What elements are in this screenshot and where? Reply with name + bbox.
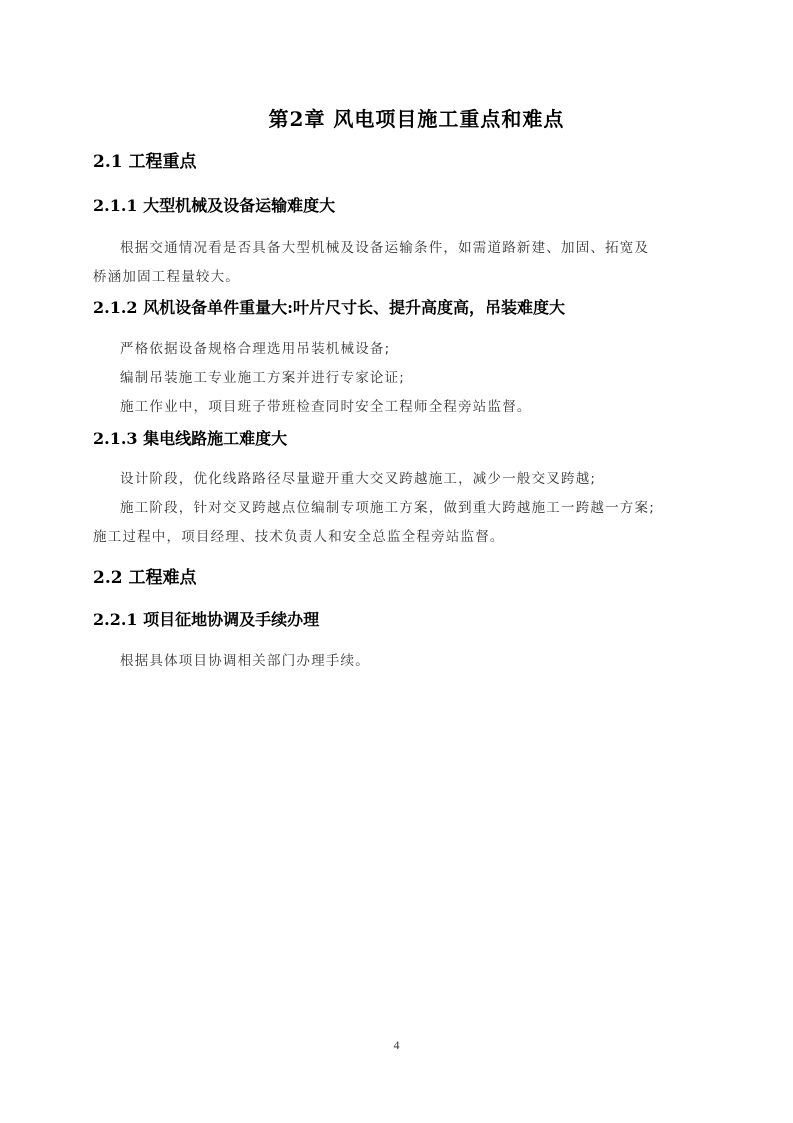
paragraph: 根据交通情况看是否具备大型机械及设备运输条件，如需道路新建、加固、拓宽及: [93, 236, 705, 256]
document-page: 第2章 风电项目施工重点和难点 2.1 工程重点 2.1.1 大型机械及设备运输…: [0, 0, 793, 1123]
paragraph: 施工阶段，针对交叉跨越点位编制专项施工方案，做到重大跨越施工一跨越一方案;: [93, 496, 705, 516]
page-number: 4: [0, 1038, 793, 1053]
chapter-title: 第2章 风电项目施工重点和难点: [0, 103, 793, 132]
paragraph: 编制吊装施工专业施工方案并进行专家论证;: [93, 366, 705, 386]
section-heading-2-2: 2.2 工程难点: [93, 563, 197, 588]
subsection-heading-2-1-2: 2.1.2 风机设备单件重量大:叶片尺寸长、提升高度高，吊装难度大: [93, 295, 565, 318]
paragraph: 根据具体项目协调相关部门办理手续。: [93, 649, 705, 669]
paragraph: 严格依据设备规格合理选用吊装机械设备;: [93, 337, 705, 357]
paragraph: 施工作业中，项目班子带班检查同时安全工程师全程旁站监督。: [93, 395, 705, 415]
subsection-heading-2-2-1: 2.2.1 项目征地协调及手续办理: [93, 607, 319, 630]
section-heading-2-1: 2.1 工程重点: [93, 147, 197, 172]
subsection-heading-2-1-3: 2.1.3 集电线路施工难度大: [93, 426, 287, 449]
paragraph: 设计阶段，优化线路路径尽量避开重大交叉跨越施工，减少一般交叉跨越;: [93, 467, 705, 487]
subsection-heading-2-1-1: 2.1.1 大型机械及设备运输难度大: [93, 193, 335, 216]
paragraph: 施工过程中，项目经理、技术负责人和安全总监全程旁站监督。: [93, 525, 705, 545]
paragraph: 桥涵加固工程量较大。: [93, 265, 705, 285]
